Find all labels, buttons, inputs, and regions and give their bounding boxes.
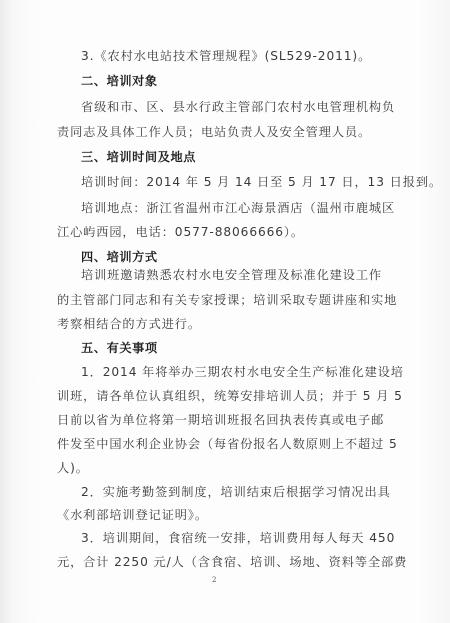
page-number: 2 <box>212 576 216 584</box>
paragraph-line: 训班，请各单位认真组织，统筹安排培训人员；并于 5 月 5 <box>57 388 367 404</box>
training-time: 培训时间：2014 年 5 月 14 日至 5 月 17 日，13 日报到。 <box>81 174 391 190</box>
section-heading-training-method: 四、培训方式 <box>81 249 391 265</box>
paragraph-line: 培训班邀请熟悉农村水电安全管理及标准化建设工作 <box>81 267 367 283</box>
training-place: 培训地点：浙江省温州市江心海景酒店（温州市鹿城区 <box>81 200 367 216</box>
reference-item-3: 3.《农村水电站技术管理规程》(SL529-2011)。 <box>81 48 391 64</box>
paragraph-line: 考察相结合的方式进行。 <box>57 316 367 332</box>
section-heading-related-matters: 五、有关事项 <box>81 340 391 356</box>
section-heading-time-place: 三、培训时间及地点 <box>81 149 391 165</box>
section-heading-training-targets: 二、培训对象 <box>81 73 391 89</box>
paragraph-line: 1．2014 年将举办三期农村水电安全生产标准化建设培 <box>81 364 367 380</box>
document-page: 3.《农村水电站技术管理规程》(SL529-2011)。 二、培训对象 省级和市… <box>0 0 450 623</box>
paragraph-line: 责同志及具体工作人员；电站负责人及安全管理人员。 <box>57 124 367 140</box>
paragraph-line: 日前以省为单位将第一期培训班报名回执表传真或电子邮 <box>57 412 367 428</box>
training-place-cont: 江心屿西园，电话：0577-88066666）。 <box>57 224 367 240</box>
paragraph-line: 2．实施考勤签到制度，培训结束后根据学习情况出具 <box>81 484 367 500</box>
paragraph-line: 《水利部培训登记证明》。 <box>57 507 367 523</box>
paragraph-line: 的主管部门同志和有关专家授课；培训采取专题讲座和实地 <box>57 292 367 308</box>
paragraph-line: 人)。 <box>57 460 367 476</box>
paragraph-line: 元，合计 2250 元/人（含食宿、培训、场地、资料等全部费 <box>57 554 367 570</box>
paragraph-line: 3．培训期间，食宿统一安排，培训费用每人每天 450 <box>81 530 367 546</box>
paragraph-line: 省级和市、区、县水行政主管部门农村水电管理机构负 <box>81 99 367 115</box>
paragraph-line: 件发至中国水利企业协会（每省份报名人数原则上不超过 5 <box>57 436 367 452</box>
